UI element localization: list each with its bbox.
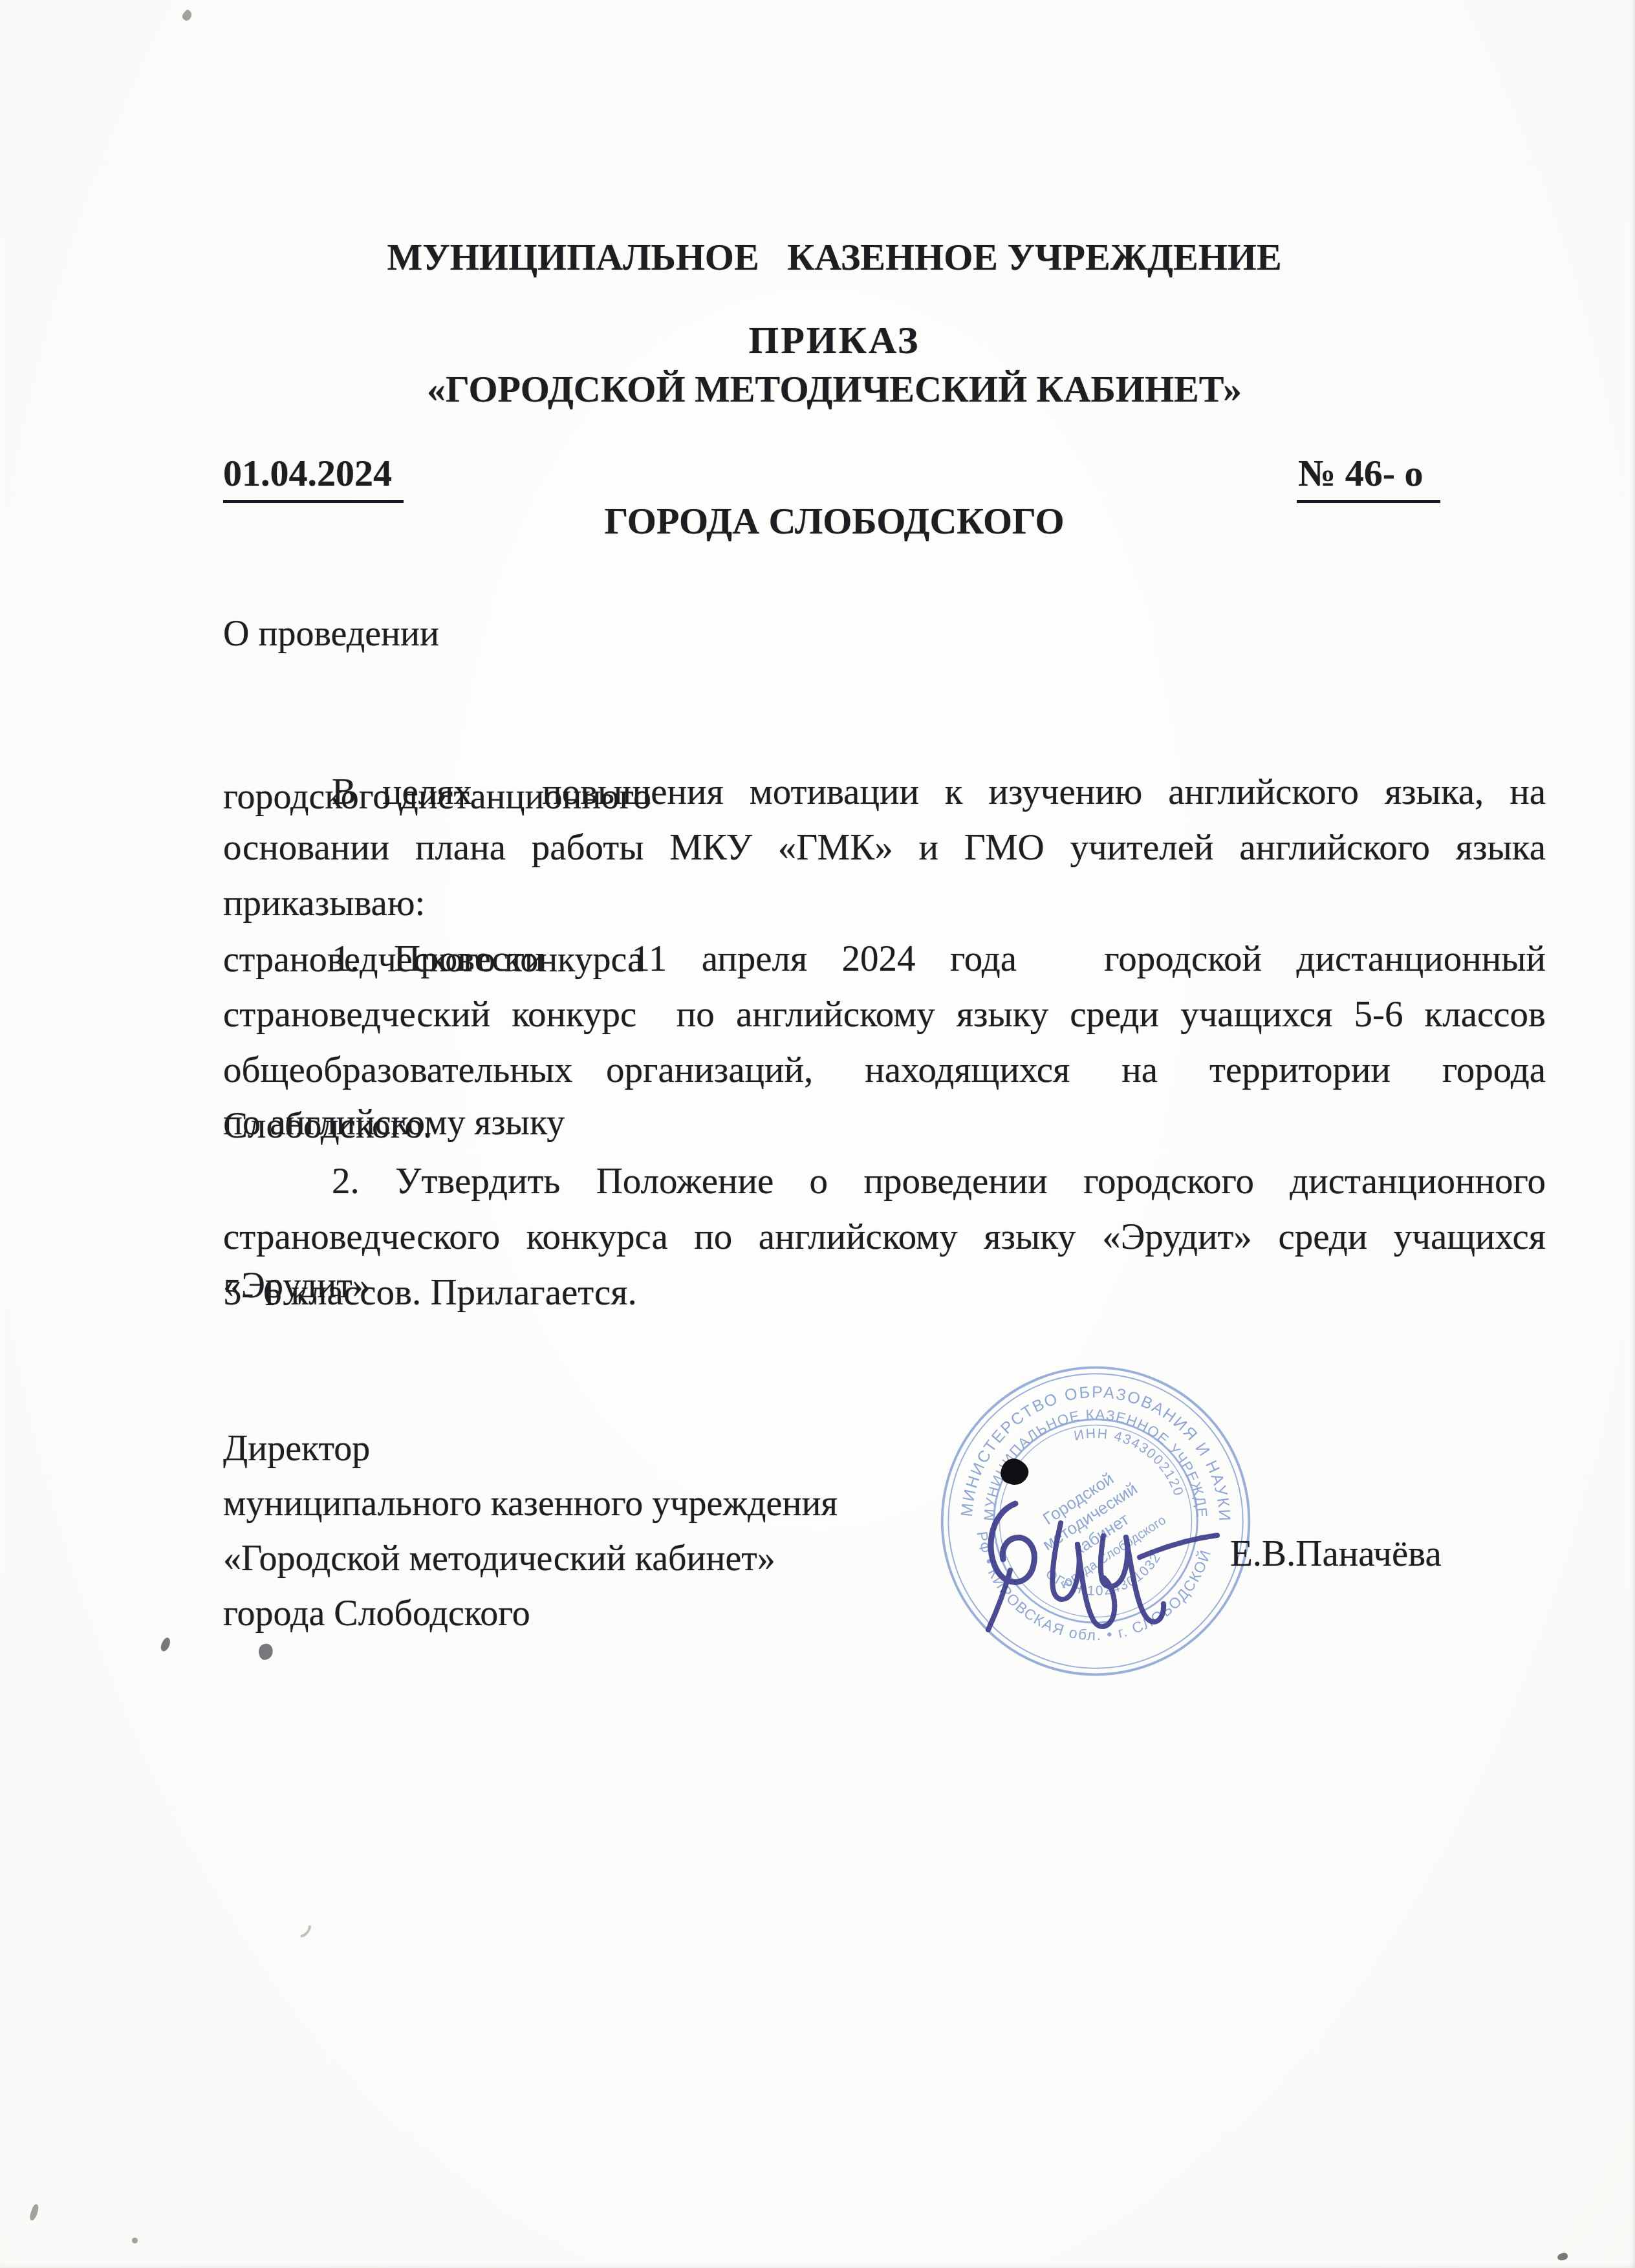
signer-title-line: города Слободского (223, 1586, 1064, 1641)
subject-line: О проведении (223, 607, 870, 661)
scan-speck (180, 9, 193, 23)
scan-squiggle (287, 1912, 316, 1941)
org-name-line-2: «ГОРОДСКОЙ МЕТОДИЧЕСКИЙ КАБИНЕТ» (155, 367, 1513, 411)
signer-name: Е.В.Паначёва (1230, 1533, 1442, 1575)
signer-title-block: Директор муниципального казенного учрежд… (223, 1421, 1064, 1641)
body-line: В целях повышения мотивации к изучению а… (223, 764, 1546, 820)
body-line: 5- 6 классов. Прилагается. (223, 1265, 1546, 1321)
scan-speck (257, 1643, 274, 1661)
signer-title-line: муниципального казенного учреждения (223, 1476, 1064, 1531)
body-line: страноведческий конкурс по английскому я… (223, 987, 1546, 1042)
scan-speck (132, 2238, 138, 2243)
order-number: № 46- о (1297, 451, 1440, 503)
scan-speck (159, 1636, 173, 1652)
body-line: 1. Провести 11 апреля 2024 года городско… (223, 931, 1546, 987)
order-date: 01.04.2024 (223, 451, 404, 503)
body-line: Слободского. (223, 1098, 1546, 1154)
order-body: В целях повышения мотивации к изучению а… (223, 764, 1546, 1321)
body-line: основании плана работы МКУ «ГМК» и ГМО у… (223, 820, 1546, 876)
scan-speck (28, 2203, 40, 2221)
signer-title-line: Директор (223, 1421, 1064, 1476)
scan-speck (1557, 2252, 1568, 2262)
org-name-line-1: МУНИЦИПАЛЬНОЕ КАЗЕННОЕ УЧРЕЖДЕНИЕ (155, 235, 1513, 279)
scanned-document-page: МУНИЦИПАЛЬНОЕ КАЗЕННОЕ УЧРЕЖДЕНИЕ «ГОРОД… (0, 0, 1635, 2268)
body-line: страноведческого конкурса по английскому… (223, 1209, 1546, 1265)
signer-title-line: «Городской методический кабинет» (223, 1531, 1064, 1586)
body-line: общеобразовательных организаций, находящ… (223, 1042, 1546, 1098)
document-type-title: ПРИКАЗ (155, 318, 1513, 363)
body-line: приказываю: (223, 876, 1546, 931)
body-line: 2. Утвердить Положение о проведении горо… (223, 1154, 1546, 1209)
